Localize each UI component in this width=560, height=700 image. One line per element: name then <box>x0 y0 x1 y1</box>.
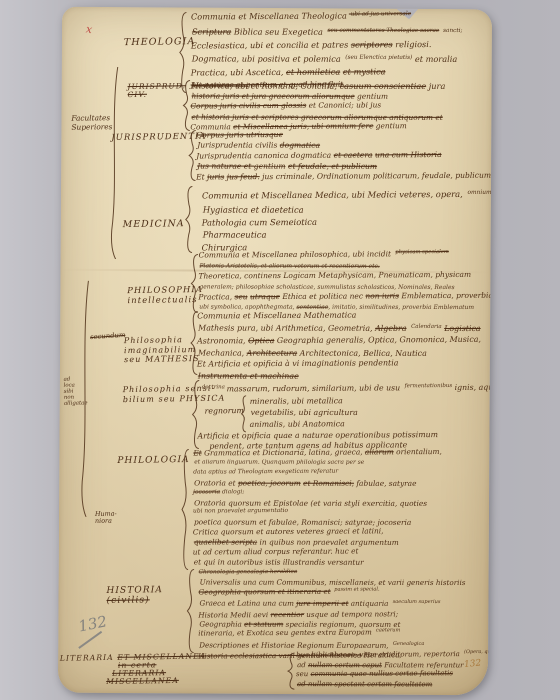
text-segment: ad <box>297 661 308 669</box>
text-segment: Astronomia, <box>197 336 248 345</box>
text-segment: saeculum superius <box>393 599 441 605</box>
manuscript-line: ubi non praevalet argumentatio <box>193 506 442 517</box>
text-segment: caeterum <box>376 628 400 634</box>
text-segment: Historia Medii aevi <box>198 610 270 619</box>
section-label-philologia: PHILOLOGIA <box>117 455 190 466</box>
text-segment: Ecclesiastica, ubi et concilia et patres <box>191 40 351 51</box>
text-segment: Descriptiones et Historiae Regionum Euro… <box>199 640 391 649</box>
text-segment: doctrina <box>202 384 227 390</box>
text-segment: Jurisprudentia canonica dogmatica <box>196 150 333 160</box>
section-lines: Corpus juris utriusqueJurisprudentia civ… <box>196 131 491 185</box>
section-label-jurisprudentia-prior: JURISPRUD.CIV. <box>127 82 186 99</box>
text-segment: una cum Historia <box>375 150 442 159</box>
text-segment: mineralis, ubi metallica <box>250 396 343 406</box>
text-segment <box>407 323 410 332</box>
curly-brace-icon <box>185 185 194 253</box>
text-segment: poetica, jocorum <box>238 478 301 487</box>
text-segment: Pathologia cum Semeiotica <box>202 217 317 228</box>
text-segment: dogmatica <box>280 141 320 150</box>
text-segment: religiosi. <box>393 39 432 49</box>
text-segment: Communia et Miscellanea Mathematica <box>197 311 356 321</box>
text-segment: Communia et Miscellanea philosophica, ub… <box>199 249 394 259</box>
curly-brace-icon <box>287 652 296 690</box>
margin-note-humaniora: Huma-niora <box>95 511 117 525</box>
manuscript-line: ad nullam spectant certam facultatem <box>297 680 492 690</box>
sub-label-regnorum: regnorum <box>205 406 244 416</box>
text-segment: Communia et Miscellanea Medica, ubi Medi… <box>202 189 466 201</box>
text-segment: Architectura <box>247 348 298 357</box>
manuscript-line: Et juris jus feud. jus criminale, Ordina… <box>196 170 491 182</box>
text-segment: (civilis) <box>107 595 150 606</box>
text-segment: Geographia quorsum et itineraria et <box>198 587 330 597</box>
page-number-pencil: 132 <box>77 612 109 635</box>
manuscript-line: Practica, seu utraque Ethica et politica… <box>198 291 492 303</box>
text-segment: ubi non praevalet argumentatio <box>193 508 288 515</box>
manuscript-page: x 132 132 THEOLOGIACommunia et Miscellan… <box>58 7 492 696</box>
text-segment: vegetabilis, ubi agricultura <box>251 408 358 417</box>
margin-note-row: Superiores <box>71 122 112 132</box>
text-segment: CIV. <box>128 90 148 99</box>
manuscript-line: Communia et Miscellanea Medica, ubi Medi… <box>202 188 492 204</box>
text-segment: orientalium, <box>394 447 442 456</box>
text-segment: et feudale, et publicum <box>288 162 377 171</box>
facultates-brace-line <box>109 67 120 259</box>
section-lines: Chronologia genealogia heraldicaUniversa… <box>198 569 464 663</box>
sub-items: mineralis, ubi metallicavegetabilis, ubi… <box>250 396 357 431</box>
text-segment: Practica, <box>198 292 234 301</box>
text-segment: nullam certum caput <box>308 661 382 669</box>
text-segment: et moralia <box>412 54 457 64</box>
manuscript-line: seu communia quae nullius certae faculta… <box>296 669 492 679</box>
text-segment: historia juris et jura graecorum aliorum… <box>192 91 355 100</box>
text-segment: (seu Elenctica pietatis) <box>345 55 412 61</box>
text-segment: generalem; philosophiae scholasticae, su… <box>199 283 454 290</box>
text-segment: ad nullam spectant certam facultatem <box>297 680 432 688</box>
text-segment: huc bibliothecae, vitae eruditorum, repe… <box>296 650 462 659</box>
text-segment: et caetera <box>334 150 373 159</box>
text-segment: Practica, ubi Ascetica, <box>191 67 286 78</box>
manuscript-line: Ecclesiastica, ubi et concilia et patres… <box>191 38 462 52</box>
manuscript-line: animalis, ubi Anatomica <box>250 418 357 430</box>
text-segment: omnium <box>467 190 491 196</box>
text-segment: MEDICINA <box>123 218 185 230</box>
text-segment: massarum, rudorum, similarium, ubi de us… <box>227 383 403 393</box>
margin-note-facultates-superiores: FacultatesSuperiores <box>71 113 112 132</box>
text-segment: Scriptura <box>192 26 231 36</box>
text-segment: Critica quorsum et autores veteres graec… <box>193 527 384 537</box>
manuscript-line: Et Grammatica et Dictionaria, latina, gr… <box>193 447 442 458</box>
section-lines: Communia et Miscellanea Medica, ubi Medi… <box>202 190 492 256</box>
text-segment: passim et special. <box>333 586 380 592</box>
text-segment: Philosophia <box>124 335 183 345</box>
section-label-row: seu MATHESIS <box>124 354 200 365</box>
section-label-literaria: LITERARIA ET MISCELLANEAin certaLITERARI… <box>60 653 207 687</box>
manuscript-line: et qui in autoribus istis illustrandis v… <box>194 557 442 567</box>
section-lines: Communia et Miscellanea philosophica, ub… <box>198 251 492 315</box>
text-segment: HISTORIA <box>106 585 163 596</box>
curly-brace-icon <box>186 568 196 653</box>
text-segment: et Canonici; ubi jus <box>306 101 381 110</box>
manuscript-line: huc bibliothecae, vitae eruditorum, repe… <box>296 650 492 661</box>
manuscript-line: Historia Medii aevi recentior usque ad t… <box>198 609 464 620</box>
text-segment: sancti; <box>441 28 462 34</box>
manuscript-line: Theoretica, continens Logicam Metaphysic… <box>198 270 492 282</box>
section-label-row: MEDICINA <box>123 218 185 230</box>
text-segment: Corpus juris civilis cum glossis <box>190 101 306 111</box>
text-segment: ignis, aquae et salium, seu Chymia <box>452 382 492 392</box>
manuscript-line: Communia et Miscellanea Mathematica <box>197 309 481 322</box>
text-segment: Graeca et Latina una cum <box>199 599 296 608</box>
text-segment: Calendaria <box>411 323 442 329</box>
section-label-row: HISTORIA <box>106 585 163 596</box>
text-segment: jocoseria <box>193 489 220 495</box>
manuscript-line: Jus naturae et gentium et quod hinc flui… <box>191 79 442 91</box>
text-segment: communia quae nullius certae facultatis <box>310 670 453 679</box>
text-segment: Hygiastica et diaetetica <box>203 205 304 215</box>
text-segment: Dogmatica, ubi positiva et polemica <box>192 53 344 63</box>
manuscript-line: Chronologia genealogia heraldica <box>199 567 465 578</box>
text-segment: Genealogica <box>393 641 425 647</box>
text-segment: Biblica seu Exegetica <box>231 26 325 36</box>
text-segment: imaginabilium <box>124 345 196 355</box>
text-segment: MISCELLANEA <box>106 676 179 686</box>
text-segment: fermentationibus <box>405 383 453 389</box>
section-lines: Et Grammatica et Dictionaria, latina, gr… <box>193 449 442 569</box>
text-segment: aliarum <box>365 447 394 456</box>
text-segment: seu commentatores Theologiae sacrae <box>327 27 439 33</box>
text-segment: Logistica <box>444 324 480 333</box>
section-label-row: (civilis) <box>107 595 164 606</box>
margin-note-row: niora <box>95 518 117 525</box>
text-segment: et mystica <box>343 67 386 77</box>
text-segment: data aptius ad Theologiam exegeticam ref… <box>193 468 338 475</box>
text-segment: Platonis Aristotelis, et aliorum veterum… <box>200 263 380 270</box>
manuscript-scan: x 132 132 THEOLOGIACommunia et Miscellan… <box>0 0 560 700</box>
text-segment: PHILOLOGIA <box>117 455 190 466</box>
text-segment: Mechanica, <box>198 348 247 357</box>
text-segment: et qui in autoribus istis illustrandis v… <box>194 557 364 566</box>
section-lines: Communia et Miscellanea MathematicaMathe… <box>197 311 481 384</box>
margin-note-secundum: secundum <box>90 331 126 341</box>
text-segment: Emblematica, proverbia <box>399 291 492 301</box>
text-segment: gentium <box>355 91 388 100</box>
section-label-row: CIV. <box>128 90 187 99</box>
text-segment: Jus naturae et gentium <box>197 162 285 171</box>
text-segment: itineraria, et Exotica seu gentes extra … <box>198 628 374 638</box>
manuscript-line: Instrumenta et machinae <box>198 370 482 382</box>
manuscript-line: Corpus juris civilis cum glossis et Cano… <box>190 100 441 112</box>
text-segment: Pharmaceutica <box>203 230 267 240</box>
text-segment: juris <box>207 172 224 181</box>
manuscript-line: itineraria, et Exotica seu gentes extra … <box>198 627 464 640</box>
text-segment: Geographia generalis, Optica, Gnomonica,… <box>274 335 481 345</box>
manuscript-line: ut ad certum aliud corpus referantur. hu… <box>193 546 442 557</box>
text-segment: Et <box>196 172 207 181</box>
manuscript-line: Astronomia, Optica Geographia generalis,… <box>197 334 481 347</box>
manuscript-line: data aptius ad Theologiam exegeticam ref… <box>193 467 442 478</box>
manuscript-line: vegetabilis, ubi agricultura <box>251 407 358 419</box>
text-segment: Jus naturae et gentium et quod hinc flui… <box>191 80 344 90</box>
text-segment: seu <box>296 670 311 678</box>
text-segment: physicam specialem <box>395 249 449 255</box>
manuscript-line: jocoseria dialogi; <box>193 487 442 498</box>
text-segment: ut ad certum aliud corpus referantur. hu… <box>193 547 359 557</box>
section-label-historia: HISTORIA(civilis) <box>106 585 163 606</box>
text-segment: (Opera, quae <box>464 649 492 655</box>
section-label-row: MISCELLANEA <box>60 677 207 687</box>
text-segment: jus criminale, Ordinationum politicarum,… <box>260 170 491 180</box>
margin-note-row: alligatae <box>64 400 88 406</box>
text-segment: Oratoria et <box>194 478 238 487</box>
text-segment: seu MATHESIS <box>124 354 200 364</box>
text-segment: utraque <box>250 292 280 301</box>
text-segment: dialogi; <box>220 489 244 495</box>
text-segment: quaelibet scripta <box>194 538 257 547</box>
text-segment: LITERARIA <box>60 653 118 663</box>
text-segment: scriptores <box>351 39 393 49</box>
text-segment: non iuris <box>365 291 399 300</box>
margin-note-loca: adlocasibinonalligatae <box>64 376 88 406</box>
text-segment: ubi ad jus universale <box>349 11 411 17</box>
text-segment: seu <box>234 292 247 301</box>
text-segment: Grammatica et Dictionaria, latina, graec… <box>202 447 365 457</box>
text-segment: Chronologia genealogia heraldica <box>199 569 298 576</box>
text-segment: recentior <box>270 610 304 619</box>
text-segment: Artificia et opificia quae a naturae ope… <box>197 430 438 440</box>
manuscript-line: Geographia quorsum et itineraria et pass… <box>198 586 464 599</box>
text-segment: Et Artificia et opificia à vi imaginatio… <box>197 359 399 369</box>
text-segment: et aliarum linguarum. Quanquam philologi… <box>194 459 364 465</box>
text-segment: Communia et Miscellanea Theologica <box>191 11 347 22</box>
text-segment: Ethica et politica nec <box>280 291 365 301</box>
text-segment: Instrumenta et machinae <box>198 371 299 380</box>
manuscript-line: Jurisprudentia canonica dogmatica et cae… <box>196 150 491 162</box>
text-segment: animalis, ubi Anatomica <box>250 419 345 429</box>
text-segment: Optica <box>248 336 274 345</box>
text-segment: intellectualis <box>127 294 197 305</box>
text-segment: jus feud. <box>227 172 260 181</box>
curly-brace-icon <box>240 395 247 433</box>
curly-brace-icon <box>181 448 191 570</box>
manuscript-line: Pathologia cum Semeiotica <box>202 215 492 229</box>
text-segment: et homiletica <box>286 67 340 77</box>
section-lines: Jus naturae et gentium et quod hinc flui… <box>190 80 442 135</box>
manuscript-line: mineralis, ubi metallica <box>250 395 357 407</box>
text-segment: Theoretica, continens Logicam Metaphysic… <box>198 270 471 281</box>
text-segment: Corpus juris utriusque <box>196 130 283 140</box>
text-segment: jure imperii et <box>296 599 348 608</box>
section-label-row: PHILOLOGIA <box>117 455 190 466</box>
text-segment: Algebra <box>375 323 407 332</box>
manuscript-line: Critica quorsum et autores veteres graec… <box>193 526 442 537</box>
section-lines: huc bibliothecae, vitae eruditorum, repe… <box>296 651 492 690</box>
text-segment: Geographia <box>199 620 244 629</box>
red-check-mark: x <box>85 22 93 36</box>
manuscript-line: Communia et Miscellanea Theologica ubi a… <box>191 9 462 25</box>
text-segment: usque ad tempora nostri; <box>304 609 398 619</box>
section-label-mathesis: Philosophiaimaginabiliumseu MATHESIS <box>124 335 200 365</box>
manuscript-line: Communia et Miscellanea philosophica, ub… <box>199 249 493 262</box>
manuscript-line: Practica, ubi Ascetica, et homiletica et… <box>191 65 462 79</box>
text-segment: antiquaria <box>348 599 390 608</box>
manuscript-line: Et Artificia et opificia à vi imaginatio… <box>197 357 481 370</box>
text-segment: et Romanisci, <box>303 478 354 487</box>
section-label-medicina: MEDICINA <box>123 218 185 230</box>
manuscript-line: Corpus juris utriusque <box>196 129 491 141</box>
text-segment: Mathesis pura, ubi Arithmetica, Geometri… <box>198 323 375 332</box>
text-segment: Jurisprudentia civilis <box>197 141 280 150</box>
